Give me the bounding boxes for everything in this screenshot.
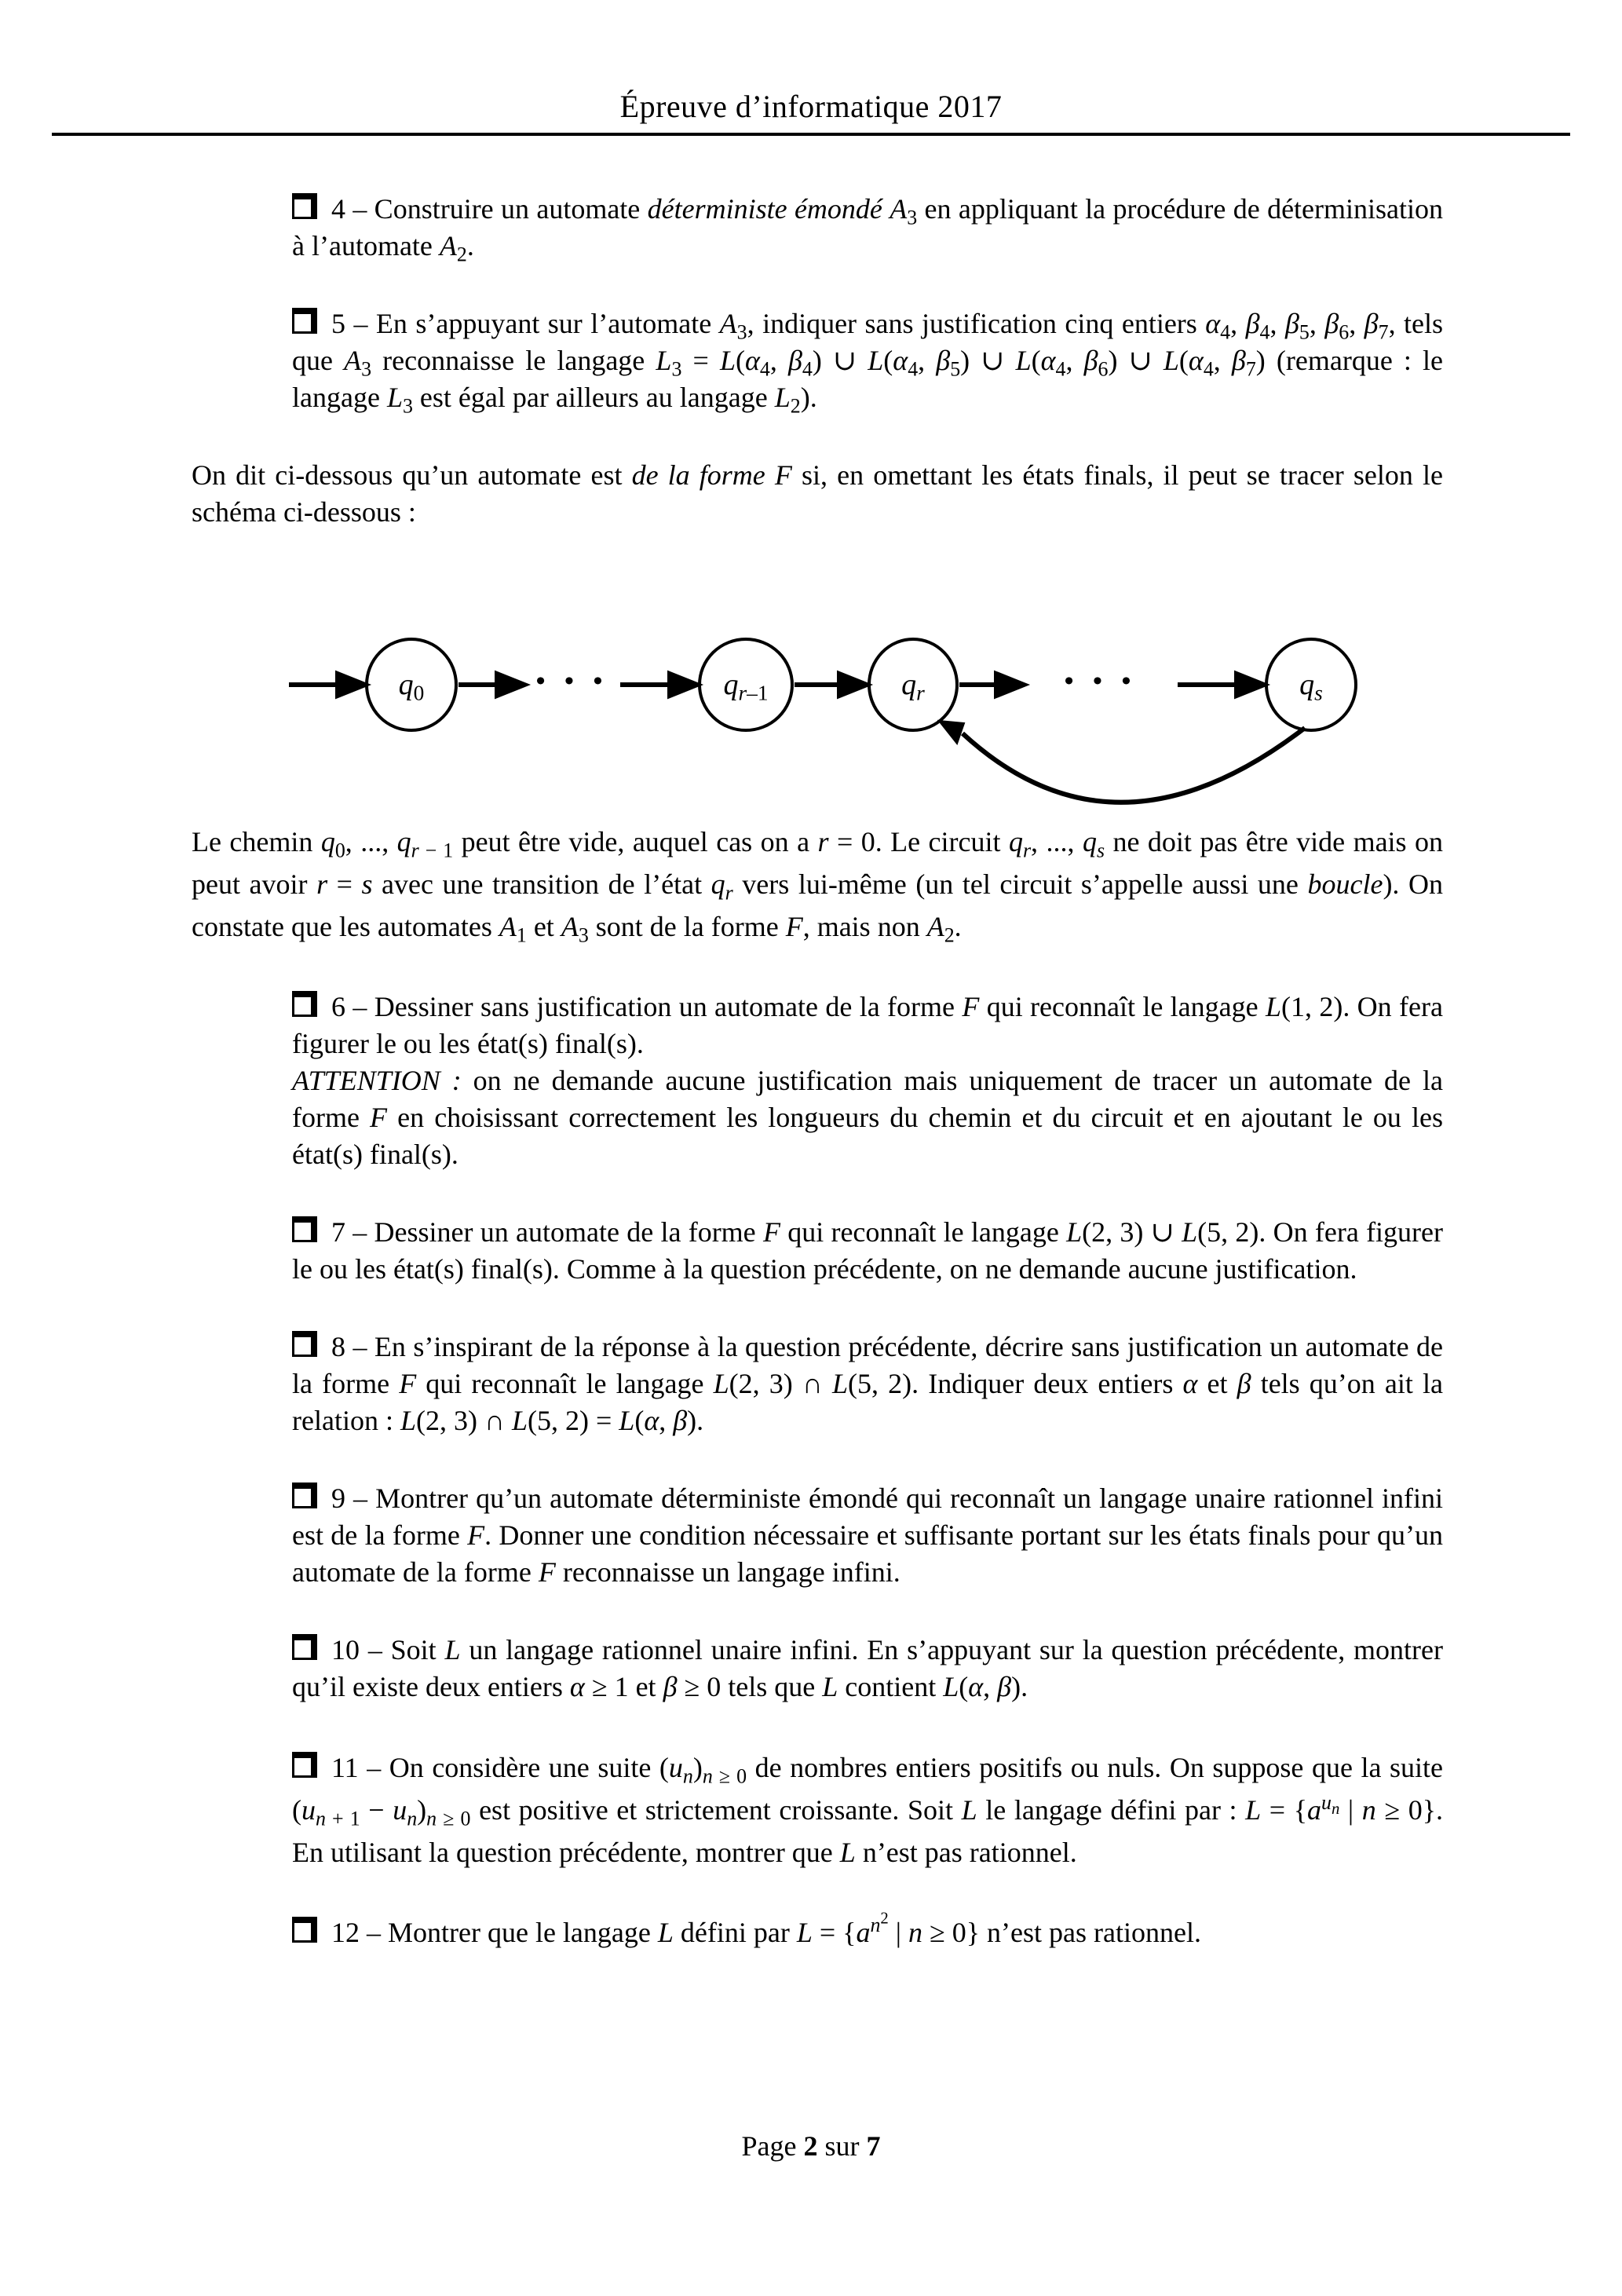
document-page: Épreuve d’informatique 2017 4 – Construi…	[0, 0, 1622, 2296]
question-9: 9 – Montrer qu’un automate déterministe …	[292, 1480, 1443, 1591]
state-label-qr-1: qr–1	[723, 667, 768, 702]
question-text: 11 – On considère une suite (un)n ≥ 0 de…	[292, 1752, 1443, 1868]
question-8: 8 – En s’inspirant de la réponse à la qu…	[292, 1329, 1443, 1439]
checkbox-icon	[292, 991, 317, 1017]
question-text: 4 – Construire un automate déterministe …	[292, 193, 1443, 261]
question-text: 7 – Dessiner un automate de la forme F q…	[292, 1216, 1443, 1285]
checkbox-icon	[292, 1483, 317, 1508]
question-6: 6 – Dessiner sans justification un autom…	[292, 989, 1443, 1173]
checkbox-icon	[292, 193, 317, 219]
loop-arrowhead	[939, 721, 964, 744]
automaton-diagram: q0 qr–1 qr qs • • • • • •	[0, 572, 1622, 780]
question-text: 9 – Montrer qu’un automate déterministe …	[292, 1483, 1443, 1588]
ellipsis-dots: • • •	[1065, 667, 1138, 696]
state-label-qr: qr	[901, 667, 925, 702]
question-7: 7 – Dessiner un automate de la forme F q…	[292, 1214, 1443, 1288]
header-rule	[52, 133, 1570, 136]
loop-arrow	[963, 728, 1305, 803]
question-text: 5 – En s’appuyant sur l’automate A3, ind…	[292, 308, 1443, 413]
checkbox-icon	[292, 1752, 317, 1778]
question-11: 11 – On considère une suite (un)n ≥ 0 de…	[292, 1746, 1443, 1874]
checkbox-icon	[292, 1331, 317, 1357]
question-text: 10 – Soit L un langage rationnel unaire …	[292, 1634, 1443, 1702]
page-header: Épreuve d’informatique 2017	[0, 0, 1622, 136]
ellipsis-dots: • • •	[536, 667, 609, 696]
checkbox-icon	[292, 1634, 317, 1660]
state-label-qs: qs	[1299, 667, 1323, 702]
question-text: 12 – Montrer que le langage L défini par…	[331, 1917, 1201, 1948]
page-footer: Page 2 sur 7	[0, 2130, 1622, 2163]
checkbox-icon	[292, 308, 317, 334]
question-text: 8 – En s’inspirant de la réponse à la qu…	[292, 1331, 1443, 1436]
question-attention-note: ATTENTION : on ne demande aucune justifi…	[292, 1062, 1443, 1173]
page-content: 4 – Construire un automate déterministe …	[192, 191, 1443, 1951]
state-label-q0: q0	[399, 667, 425, 702]
question-text: 6 – Dessiner sans justification un autom…	[292, 991, 1443, 1059]
question-5: 5 – En s’appuyant sur l’automate A3, ind…	[292, 305, 1443, 416]
question-12: 12 – Montrer que le langage L défini par…	[292, 1914, 1443, 1951]
page-title: Épreuve d’informatique 2017	[0, 86, 1622, 127]
question-10: 10 – Soit L un langage rationnel unaire …	[292, 1632, 1443, 1706]
question-main: 6 – Dessiner sans justification un autom…	[292, 989, 1443, 1062]
checkbox-icon	[292, 1917, 317, 1943]
paragraph-forme-f: On dit ci-dessous qu’un automate est de …	[192, 457, 1443, 531]
automaton-schema	[0, 572, 1622, 886]
checkbox-icon	[292, 1216, 317, 1242]
question-4: 4 – Construire un automate déterministe …	[292, 191, 1443, 265]
